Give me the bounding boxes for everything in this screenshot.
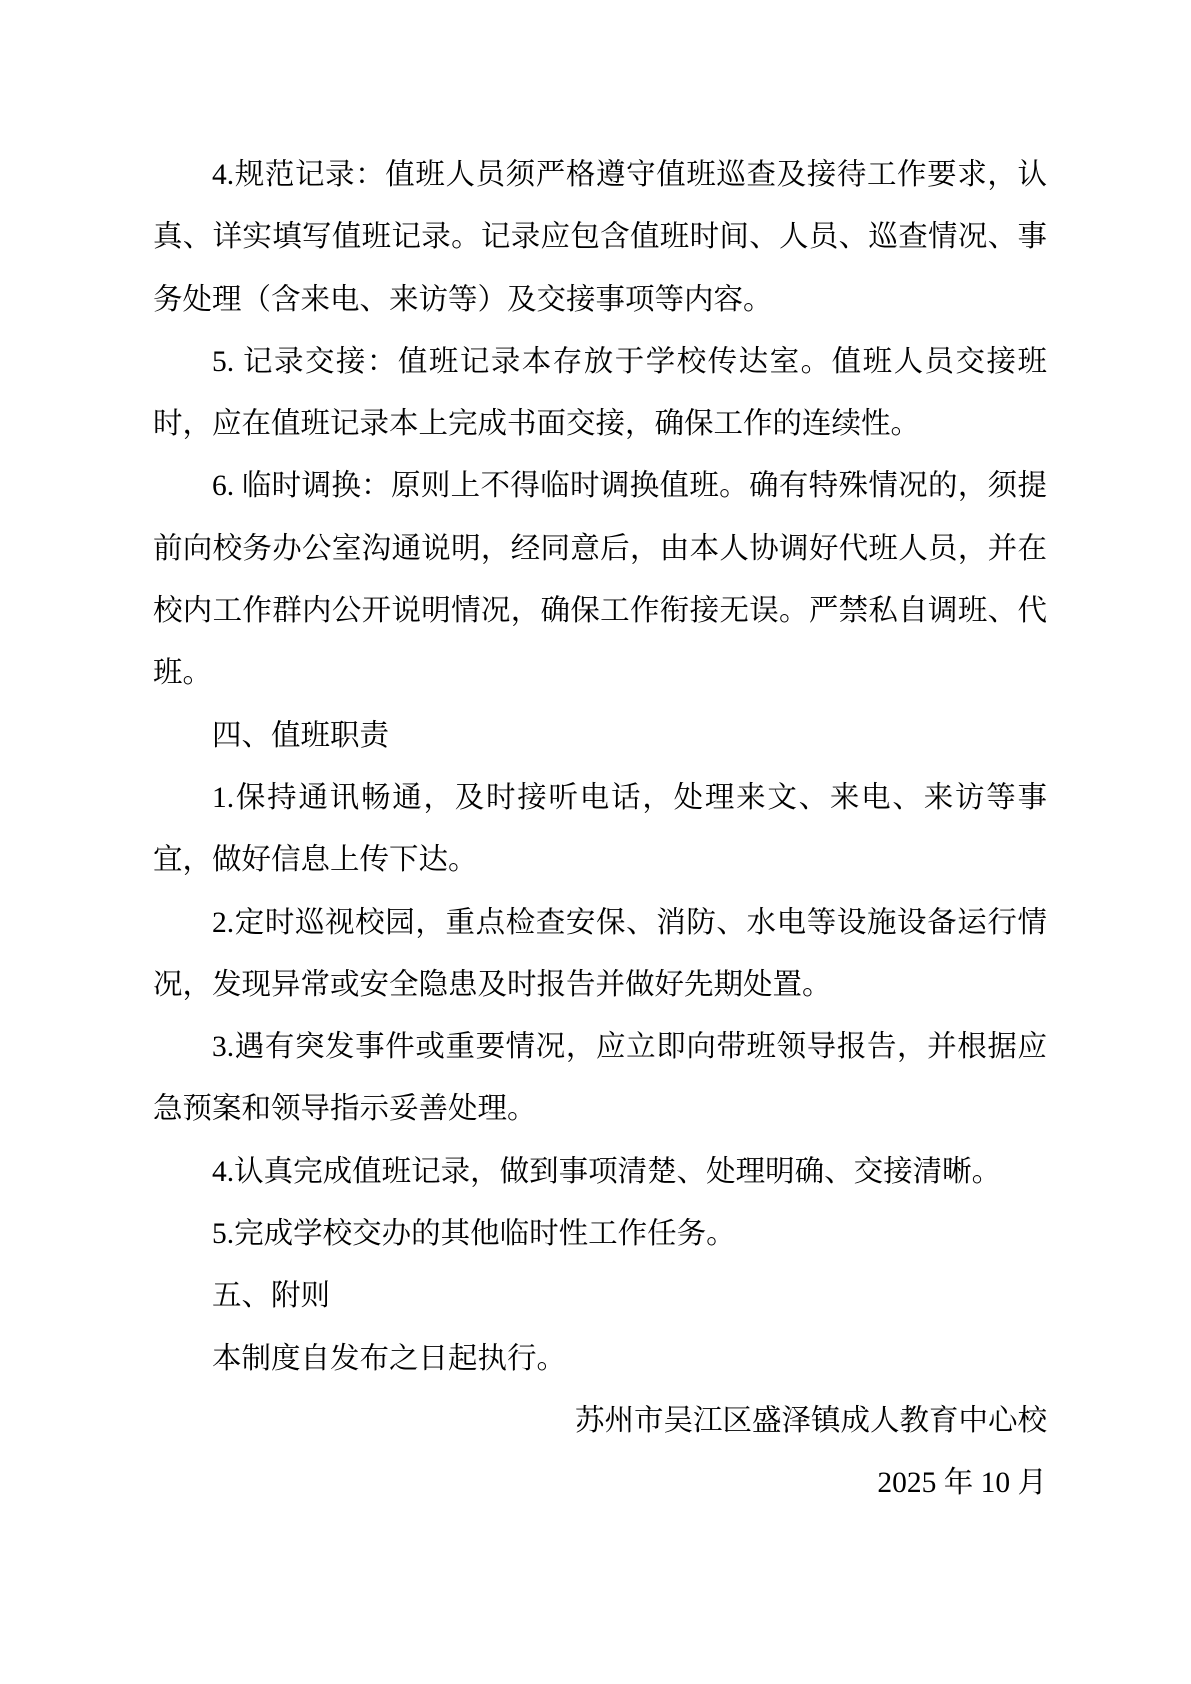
para-duty-4-duty-log: 4.认真完成值班记录，做到事项清楚、处理明确、交接清晰。 (153, 1141, 1047, 1203)
para-duty-3-emergency-report: 3.遇有突发事件或重要情况，应立即向带班领导报告，并根据应急预案和领导指示妥善处… (153, 1016, 1047, 1141)
para-rule-6-temporary-swap: 6. 临时调换：原则上不得临时调换值班。确有特殊情况的，须提前向校务办公室沟通说… (153, 455, 1047, 704)
heading-section-4-duty-responsibilities: 四、值班职责 (153, 705, 1047, 767)
para-rule-4-standard-records: 4.规范记录：值班人员须严格遵守值班巡查及接待工作要求，认真、详实填写值班记录。… (153, 144, 1047, 331)
para-duty-5-other-tasks: 5.完成学校交办的其他临时性工作任务。 (153, 1203, 1047, 1265)
document-body-text: 4.规范记录：值班人员须严格遵守值班巡查及接待工作要求，认真、详实填写值班记录。… (153, 144, 1047, 1515)
signature-date: 2025 年 10 月 (153, 1452, 1047, 1514)
heading-section-5-supplementary: 五、附则 (153, 1265, 1047, 1327)
para-duty-2-campus-patrol: 2.定时巡视校园，重点检查安保、消防、水电等设施设备运行情况，发现异常或安全隐患… (153, 892, 1047, 1017)
para-rule-5-record-handover: 5. 记录交接：值班记录本存放于学校传达室。值班人员交接班时，应在值班记录本上完… (153, 331, 1047, 456)
para-effective-clause: 本制度自发布之日起执行。 (153, 1328, 1047, 1390)
signature-school-name: 苏州市吴江区盛泽镇成人教育中心校 (153, 1390, 1047, 1452)
document-page: 4.规范记录：值班人员须严格遵守值班巡查及接待工作要求，认真、详实填写值班记录。… (0, 0, 1191, 1684)
para-duty-1-communication: 1.保持通讯畅通，及时接听电话，处理来文、来电、来访等事宜，做好信息上传下达。 (153, 767, 1047, 892)
